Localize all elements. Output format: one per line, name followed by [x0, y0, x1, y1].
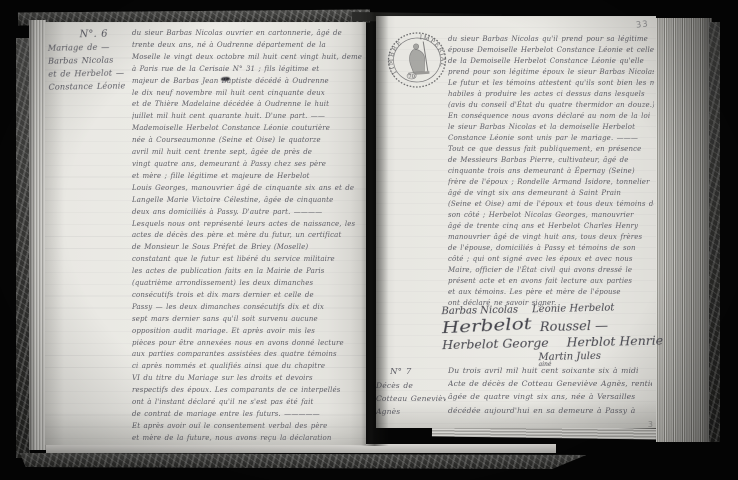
handwritten-line: consécutifs trois et dix mars dernier et…: [132, 290, 362, 302]
handwritten-line: (avis du conseil d'État du quatre thermi…: [448, 100, 654, 111]
handwritten-line: deux ans domiciliés à Passy. D'autre par…: [132, 207, 362, 219]
scanned-register-photo: N°. 6Mariage de —Barbas Nicolaset de Her…: [0, 0, 738, 480]
right-register-page: 33 TIMBRE IMPERIAL 70 du sieur Barbas Ni…: [376, 16, 656, 428]
handwritten-line: de Monsieur le Sous Préfet de Briey (Mos…: [132, 242, 362, 254]
pencil-edge-mark: 3: [648, 420, 653, 429]
handwritten-line: et mère ; fille légitime et majeure de H…: [132, 171, 362, 183]
handwritten-line: Maire, officier de l'État civil qui avon…: [448, 265, 654, 276]
right-page-stack-fore-edge: [656, 18, 712, 442]
bottom-page-stack-edge: [46, 444, 556, 453]
handwritten-line: du sieur Barbas Nicolas ouvrier en carto…: [132, 28, 362, 40]
handwritten-line: née à Courseaumonne (Seine et Oise) le q…: [132, 135, 362, 147]
handwritten-line: ci après nommés et qualifiés ainsi que d…: [132, 361, 362, 373]
handwritten-line: Acte de décès de Cotteau Geneviève Agnès…: [448, 377, 652, 390]
signature-leonie-herbelot: Léonie Herbelot: [532, 303, 615, 316]
signature-herbelot-flourish: Herbelot: [441, 314, 532, 337]
handwritten-line: N° 7: [390, 366, 446, 379]
handwritten-line: cinquante trois ans demeurant à Épernay …: [448, 166, 654, 177]
handwritten-line: vingt quatre ans, demeurant à Passy chez…: [132, 159, 362, 171]
handwritten-line: (quatrième arrondissement) les deux dima…: [132, 278, 362, 290]
handwritten-line: Agnès: [376, 405, 446, 418]
handwritten-line: Cotteau Geneviève: [376, 392, 446, 405]
death-act-margin-note: N° 7Décès deCotteau GenevièveAgnès: [376, 366, 446, 418]
handwritten-line: âgé de trente cinq ans et Herbelot Charl…: [448, 221, 654, 232]
handwritten-line: de Messieurs Barbas Pierre, cultivateur,…: [448, 155, 654, 166]
handwritten-line: prend pour son légitime époux le sieur B…: [448, 67, 654, 78]
signature-roussel: Roussel —: [540, 319, 609, 335]
handwritten-line: le sieur Barbas Nicolas et la demoiselle…: [448, 122, 654, 133]
handwritten-line: Lesquels nous ont représenté leurs actes…: [132, 219, 362, 231]
handwritten-line: de la Demoiselle Herbelot Constance Léon…: [448, 56, 654, 67]
pencil-page-number: 33: [636, 19, 650, 30]
timbre-imperial-stamp: TIMBRE IMPERIAL 70: [384, 29, 450, 91]
stamp-text-timbre: TIMBRE: [386, 39, 406, 77]
handwritten-line: avril mil huit cent trente sept, âgée de…: [132, 147, 362, 159]
handwritten-line: En conséquence nous avons déclaré au nom…: [448, 111, 654, 122]
handwritten-line: le dix neuf novembre mil huit cent cinqu…: [132, 88, 362, 100]
handwritten-line: présent acte et en avons fait lecture au…: [448, 276, 654, 287]
handwritten-line: Tout ce que dessus fait publiquement, en…: [448, 144, 654, 155]
handwritten-line: opposition audit mariage. Et après avoir…: [132, 326, 362, 338]
book-cover-bottom-edge: [20, 452, 586, 469]
signature-block: Barbas Nicolas Léonie Herbelot Herbelot …: [441, 302, 648, 370]
handwritten-line: respectifs des époux. Les comparants de …: [132, 385, 362, 397]
death-act-body: Du trois avril mil huit cent soixante si…: [448, 364, 652, 417]
handwritten-line: VI du titre du Mariage sur les droits et…: [132, 373, 362, 385]
handwritten-line: actes de décès des père et mère du futur…: [132, 230, 362, 242]
handwritten-line: et mère de la future, nous avons reçu la…: [132, 433, 362, 445]
handwritten-line: Le futur et les témoins attestent qu'ils…: [448, 78, 654, 89]
handwritten-line: côté ; qui ont signé avec les époux et a…: [448, 254, 654, 265]
marriage-act-body-right: du sieur Barbas Nicolas qu'il prend pour…: [448, 34, 654, 309]
signature-herblot-henrie: Herblot Henrie: [566, 333, 663, 350]
handwritten-line: juillet mil huit cent quarante huit. D'u…: [132, 111, 362, 123]
handwritten-line: Du trois avril mil huit cent soixante si…: [448, 364, 652, 377]
stamp-value: 70: [408, 74, 416, 81]
handwritten-line: du sieur Barbas Nicolas qu'il prend pour…: [448, 34, 654, 45]
handwritten-line: de l'épouse, domiciliés à Passy et témoi…: [448, 243, 654, 254]
handwritten-line: Décès de: [376, 379, 446, 392]
handwritten-line: manouvrier âgé de vingt huit ans, tous d…: [448, 232, 654, 243]
handwritten-line: Louis Georges, manouvrier âgé de cinquan…: [132, 183, 362, 195]
handwritten-line: Et après avoir ouï le consentement verba…: [132, 421, 362, 433]
handwritten-line: et aux témoins. Les père et mère de l'ép…: [448, 287, 654, 298]
handwritten-line: Mademoiselle Herbelot Constance Léonie c…: [132, 123, 362, 135]
handwritten-line: décédée aujourd'hui en sa demeure à Pass…: [448, 404, 652, 417]
handwritten-line: et de Thière Madelaine décédée à Oudrenn…: [132, 99, 362, 111]
handwritten-line: majeur de Barbas Jean Baptiste décédé à …: [132, 76, 362, 88]
signature-herbelot-george: Herbelot George: [442, 335, 549, 352]
handwritten-line: frère de l'époux ; Rondelle Armand Isido…: [448, 177, 654, 188]
signature-row: Herbelot George Herblot Henrie: [442, 333, 648, 352]
handwritten-line: trente deux ans, né à Oudrenne départeme…: [132, 40, 362, 52]
handwritten-line: âgée de quatre vingt six ans, née à Vers…: [448, 390, 652, 403]
left-register-page: N°. 6Mariage de —Barbas Nicolaset de Her…: [45, 22, 366, 445]
handwritten-line: sept mars dernier sans qu'il soit surven…: [132, 314, 362, 326]
book-cover-right-edge: [709, 22, 720, 442]
handwritten-line: Moselle le vingt deux octobre mil huit c…: [132, 52, 362, 64]
seated-allegory-figure-icon: [406, 41, 429, 75]
handwritten-line: de contrat de mariage entre les futurs. …: [132, 409, 362, 421]
book-cover-left-edge: [16, 38, 30, 458]
handwritten-line: aux parties comparantes assistées des qu…: [132, 349, 362, 361]
marriage-act-body-left: du sieur Barbas Nicolas ouvrier en carto…: [132, 28, 362, 445]
handwritten-line: Constance Léonie sont unis par le mariag…: [448, 133, 654, 144]
handwritten-line: (Seine et Oise) ami de l'époux et tous d…: [448, 199, 654, 210]
handwritten-line: N°. 6: [79, 27, 135, 41]
handwritten-line: épouse Demoiselle Herbelot Constance Léo…: [448, 45, 654, 56]
handwritten-line: Langelle Marie Victoire Célestine, âgée …: [132, 195, 362, 207]
handwritten-line: âgé de vingt six ans demeurant à Saint P…: [448, 188, 654, 199]
handwritten-line: Passy — les deux dimanches consécutifs d…: [132, 302, 362, 314]
handwritten-line: à Paris rue de la Cerisaie N° 31 ; fils …: [132, 64, 362, 76]
handwritten-line: pièces pour être annexées nous en avons …: [132, 338, 362, 350]
handwritten-line: Constance Léonie: [48, 79, 136, 94]
left-page-stack-edge: [29, 20, 46, 450]
handwritten-line: ont à l'instant déclaré qu'il ne s'est p…: [132, 397, 362, 409]
handwritten-line: habiles à produire les actes ci dessus d…: [448, 89, 654, 100]
marriage-act-margin-note: N°. 6Mariage de —Barbas Nicolaset de Her…: [47, 27, 136, 94]
handwritten-line: les actes de publication faits en la Mai…: [132, 266, 362, 278]
handwritten-line: constatant que le futur est libéré du se…: [132, 254, 362, 266]
handwritten-line: son côté ; Herbelot Nicolas Georges, man…: [448, 210, 654, 221]
